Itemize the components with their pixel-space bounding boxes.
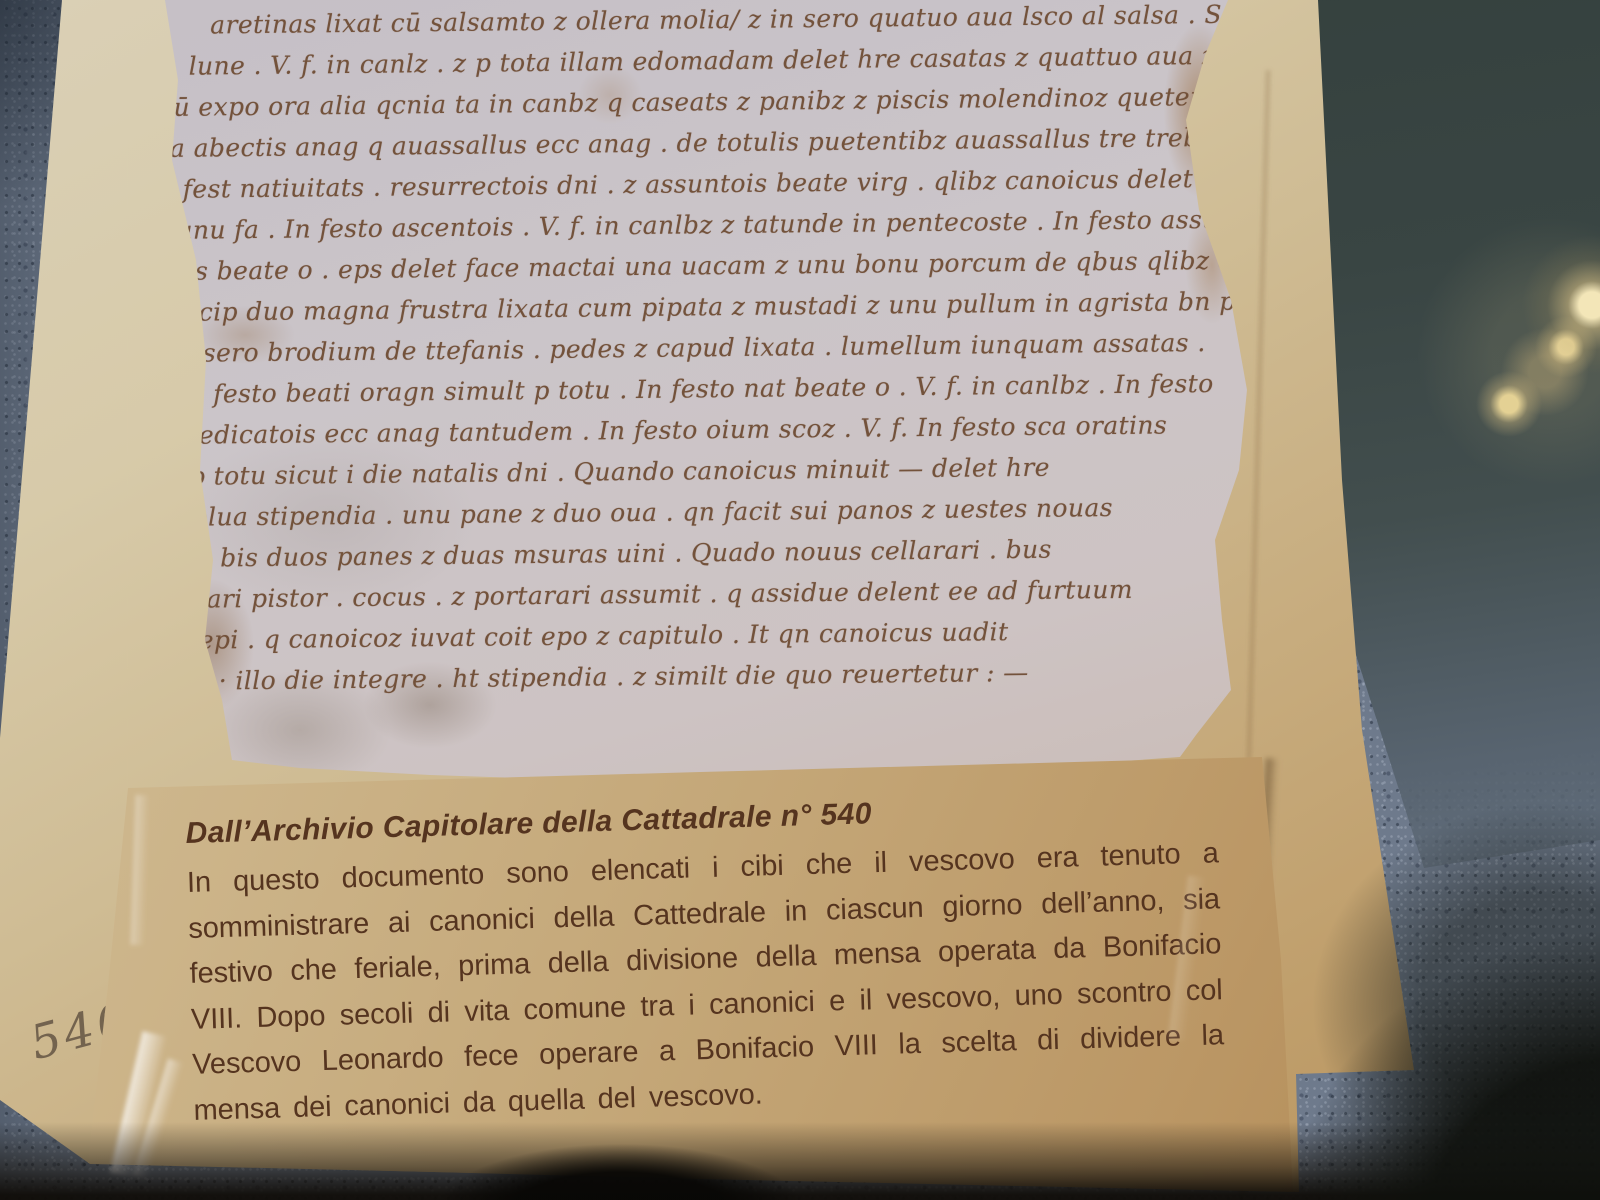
museum-photo: 540 aretinas lixat cū salsamto z ollera … xyxy=(0,0,1600,1200)
manuscript-text-block: aretinas lixat cū salsamto z ollera moli… xyxy=(158,0,1240,702)
caption-card-text: Dall’Archivio Capitolare della Cattadral… xyxy=(185,782,1226,1134)
